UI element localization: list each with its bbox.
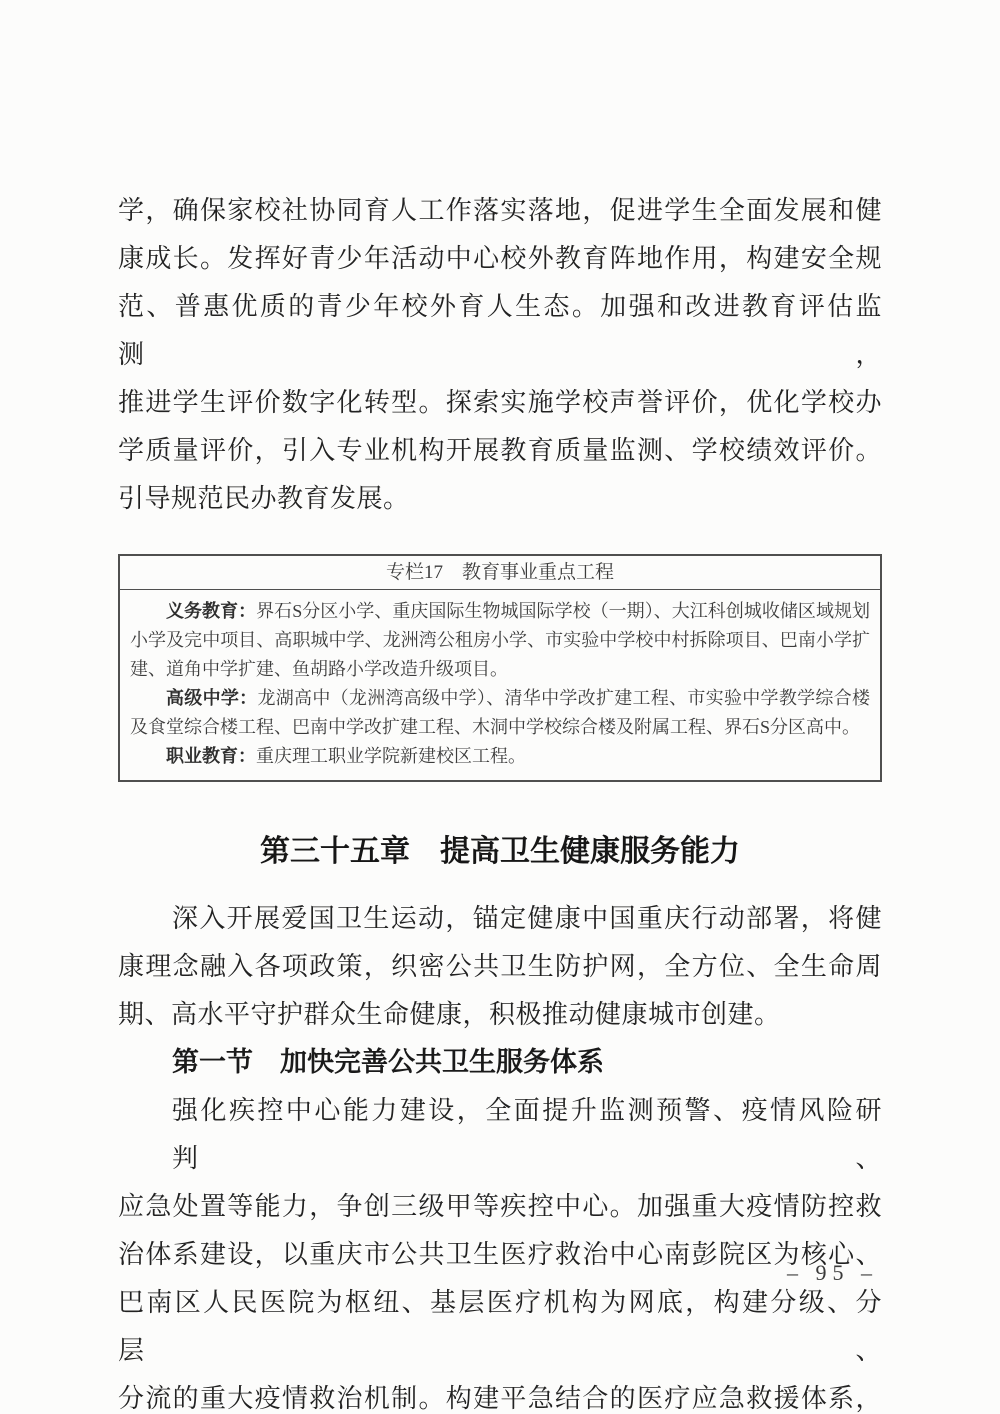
content-area: 学，确保家校社协同育人工作落实落地，促进学生全面发展和健 康成长。发挥好青少年活… <box>118 186 882 1414</box>
body-line: 引导规范民办教育发展。 <box>118 474 882 522</box>
callout-box-title: 专栏17 教育事业重点工程 <box>120 556 880 590</box>
callout-section-compulsory-education: 义务教育：界石S分区小学、重庆国际生物城国际学校（一期）、大江科创城收储区域规划… <box>130 597 870 684</box>
body-line: 治体系建设，以重庆市公共卫生医疗救治中心南彭院区为核心、 <box>118 1230 882 1278</box>
body-line: 深入开展爱国卫生运动，锚定健康中国重庆行动部署，将健 <box>118 894 882 942</box>
chapter-heading: 第三十五章 提高卫生健康服务能力 <box>118 830 882 874</box>
callout-section-text: 重庆理工职业学院新建校区工程。 <box>256 746 526 766</box>
body-line: 范、普惠优质的青少年校外育人生态。加强和改进教育评估监测， <box>118 282 882 378</box>
body-line: 巴南区人民医院为枢纽、基层医疗机构为网底，构建分级、分层、 <box>118 1278 882 1374</box>
paragraph-health-intro: 深入开展爱国卫生运动，锚定健康中国重庆行动部署，将健 康理念融入各项政策，织密公… <box>118 894 882 1038</box>
body-line: 强化疾控中心能力建设，全面提升监测预警、疫情风险研判、 <box>118 1086 882 1182</box>
callout-section-label: 义务教育： <box>166 601 256 621</box>
body-line: 康理念融入各项政策，织密公共卫生防护网，全方位、全生命周 <box>118 942 882 990</box>
paragraph-public-health: 强化疾控中心能力建设，全面提升监测预警、疫情风险研判、 应急处置等能力，争创三级… <box>118 1086 882 1414</box>
body-line: 推进学生评价数字化转型。探索实施学校声誉评价，优化学校办 <box>118 378 882 426</box>
body-line: 期、高水平守护群众生命健康，积极推动健康城市创建。 <box>118 990 882 1038</box>
callout-box-body: 义务教育：界石S分区小学、重庆国际生物城国际学校（一期）、大江科创城收储区域规划… <box>120 590 880 780</box>
body-line: 应急处置等能力，争创三级甲等疾控中心。加强重大疫情防控救 <box>118 1182 882 1230</box>
page-number: – 95 – <box>787 1260 878 1286</box>
body-line: 学质量评价，引入专业机构开展教育质量监测、学校绩效评价。 <box>118 426 882 474</box>
callout-section-label: 职业教育： <box>166 746 256 766</box>
section-heading: 第一节 加快完善公共卫生服务体系 <box>118 1038 882 1086</box>
document-page: 学，确保家校社协同育人工作落实落地，促进学生全面发展和健 康成长。发挥好青少年活… <box>0 0 1000 1414</box>
callout-section-senior-high: 高级中学：龙湖高中（龙洲湾高级中学）、清华中学改扩建工程、市实验中学教学综合楼及… <box>130 684 870 742</box>
body-line: 康成长。发挥好青少年活动中心校外教育阵地作用，构建安全规 <box>118 234 882 282</box>
paragraph-education: 学，确保家校社协同育人工作落实落地，促进学生全面发展和健 康成长。发挥好青少年活… <box>118 186 882 522</box>
body-line: 学，确保家校社协同育人工作落实落地，促进学生全面发展和健 <box>118 186 882 234</box>
callout-box-education-projects: 专栏17 教育事业重点工程 义务教育：界石S分区小学、重庆国际生物城国际学校（一… <box>118 554 882 782</box>
spacer <box>118 874 882 894</box>
body-line: 分流的重大疫情救治机制。构建平急结合的医疗应急救援体系， <box>118 1374 882 1414</box>
callout-section-label: 高级中学： <box>166 688 257 708</box>
callout-section-vocational-education: 职业教育：重庆理工职业学院新建校区工程。 <box>130 742 870 771</box>
